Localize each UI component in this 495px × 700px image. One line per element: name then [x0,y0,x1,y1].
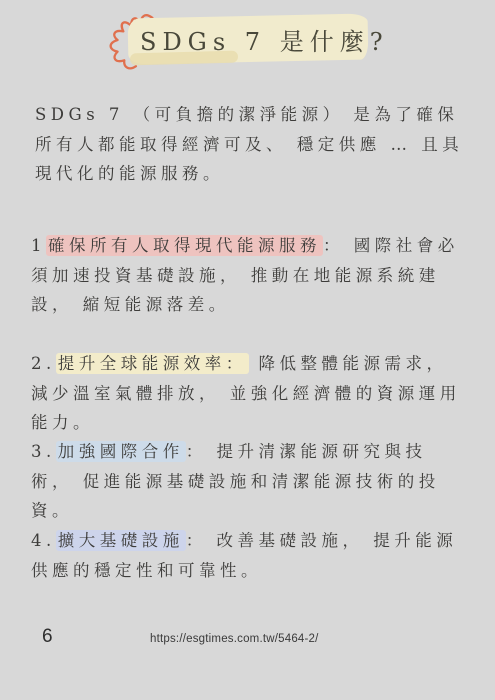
item-highlight: 加強國際合作 [56,441,186,462]
source-url: https://esgtimes.com.tw/5464-2/ [150,633,319,645]
list-item: 2.提升全球能源效率： 降低整體能源需求， 減少溫室氣體排放， 並強化經濟體的資… [31,349,465,438]
page-title: SDGs 7 是什麼? [104,14,404,57]
list-item: 1確保所有人取得現代能源服務： 國際社會必須加速投資基礎設施， 推動在地能源系統… [31,231,465,320]
intro-paragraph: SDGs 7 （可負擔的潔淨能源） 是為了確保所有人都能取得經濟可及、 穩定供應… [35,100,465,189]
item-number: 1 [31,236,46,255]
list-item: 4.擴大基礎設施： 改善基礎設施， 提升能源供應的穩定性和可靠性。 [31,526,465,585]
list-item: 3.加強國際合作： 提升清潔能源研究與技術， 促進能源基礎設施和清潔能源技術的投… [31,437,465,526]
item-highlight: 確保所有人取得現代能源服務 [46,235,323,256]
item-number: 4. [31,531,56,550]
item-number: 3. [31,442,56,461]
item-highlight: 擴大基礎設施 [56,530,186,551]
item-highlight: 提升全球能源效率： [56,353,249,374]
title-block: SDGs 7 是什麼? [104,14,404,74]
page-number: 6 [42,626,53,648]
slide-page: SDGs 7 是什麼? SDGs 7 （可負擔的潔淨能源） 是為了確保所有人都能… [0,0,495,700]
item-number: 2. [31,354,56,373]
